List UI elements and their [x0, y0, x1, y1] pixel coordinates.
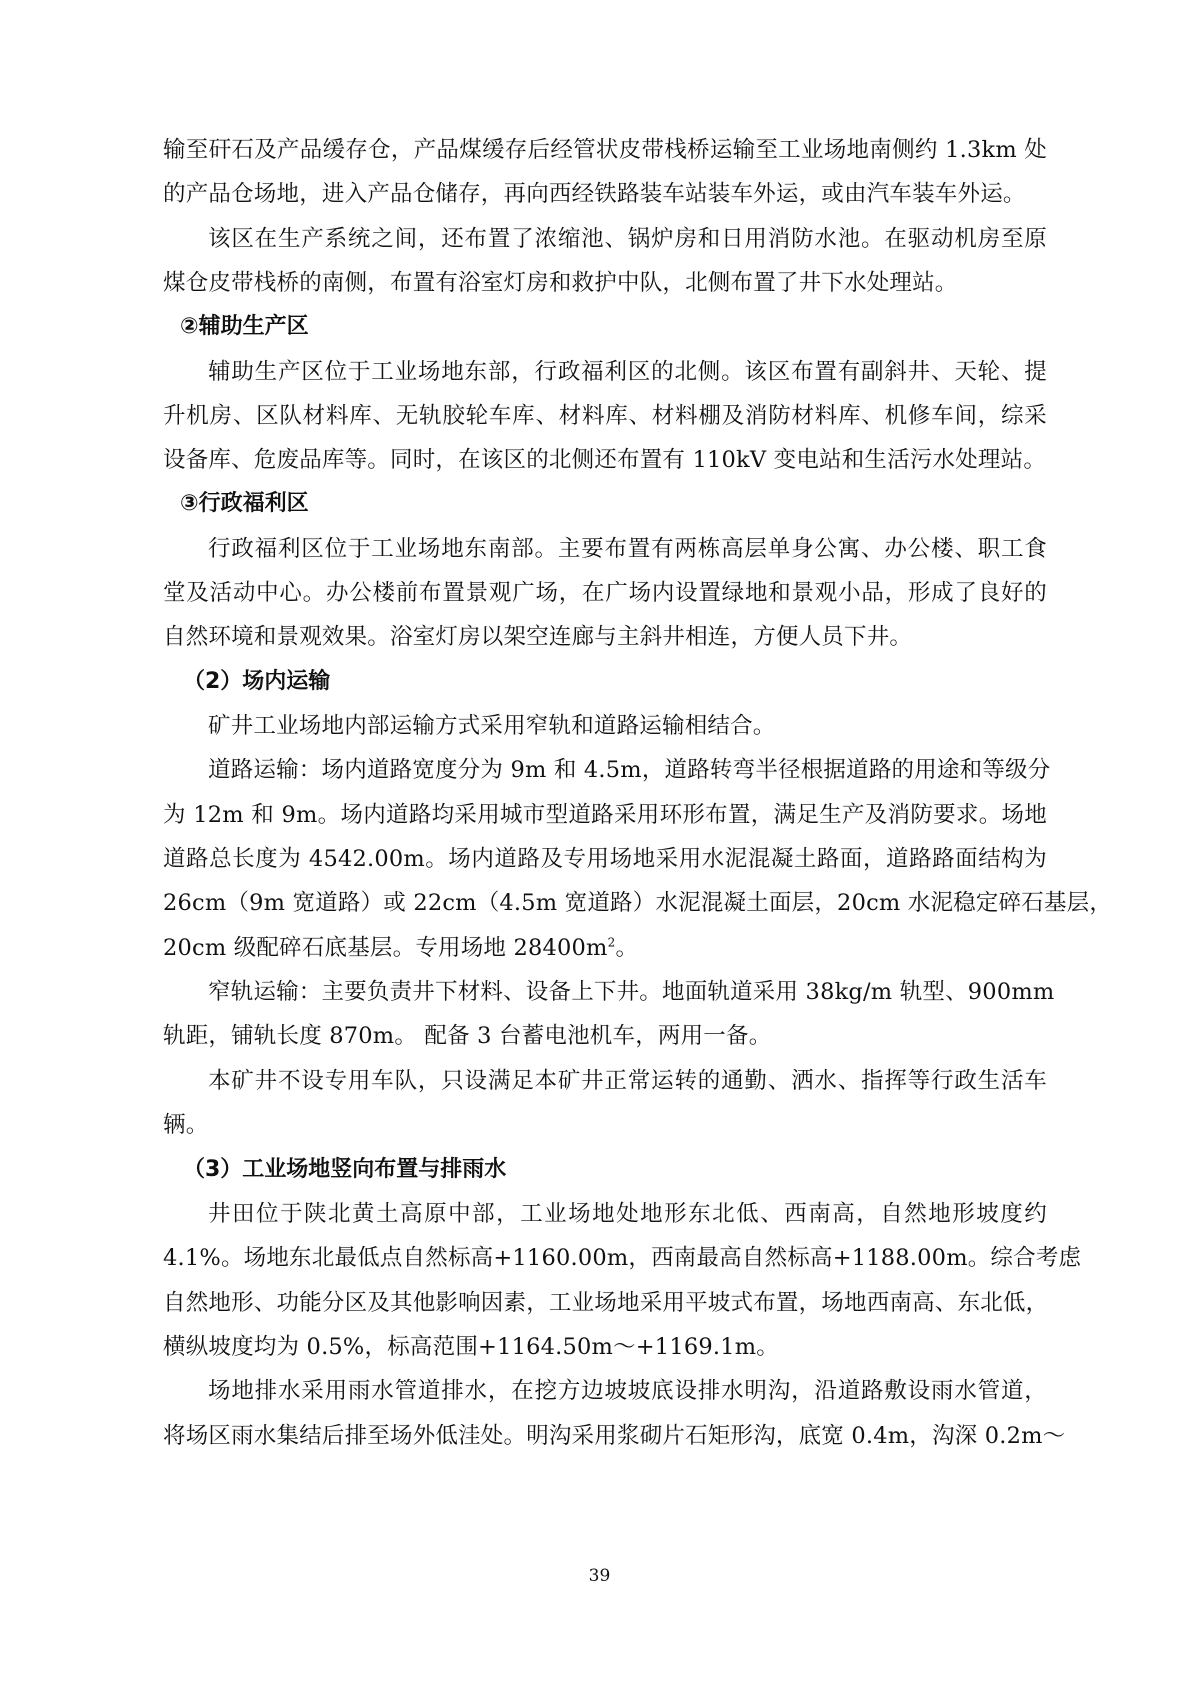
paragraph-line: 场地排水采用雨水管道排水，在挖方边坡坡底设排水明沟，沿道路敷设雨水管道， — [208, 1376, 1047, 1406]
line-tail: 。 — [615, 935, 638, 961]
paragraph-line: 井田位于陕北黄土高原中部，工业场地处地形东北低、西南高，自然地形坡度约 — [208, 1199, 1047, 1229]
paragraph-line: 自然环境和景观效果。浴室灯房以架空连廊与主斜井相连，方便人员下井。 — [163, 622, 1047, 652]
paragraph-line: 的产品仓场地，进入产品仓储存，再向西经铁路装车站装车外运，或由汽车装车外运。 — [163, 179, 1047, 209]
paragraph-line: 该区在生产系统之间，还布置了浓缩池、锅炉房和日用消防水池。在驱动机房至原 — [208, 224, 1047, 254]
line-text: 20cm 级配碎石底基层。专用场地 28400m — [163, 935, 608, 961]
document-page: 输至矸石及产品缓存仓，产品煤缓存后经管状皮带栈桥运输至工业场地南侧约 1.3km… — [0, 0, 1199, 1696]
section-heading-admin-welfare: ③行政福利区 — [180, 489, 309, 519]
paragraph-line: 输至矸石及产品缓存仓，产品煤缓存后经管状皮带栈桥运输至工业场地南侧约 1.3km… — [163, 135, 1047, 165]
paragraph-line: 设备库、危废品库等。同时，在该区的北侧还布置有 110kV 变电站和生活污水处理… — [163, 445, 1047, 475]
page-number: 39 — [0, 1565, 1199, 1587]
paragraph-line: 行政福利区位于工业场地东南部。主要布置有两栋高层单身公寓、办公楼、职工食 — [208, 534, 1047, 564]
paragraph-line: 矿井工业场地内部运输方式采用窄轨和道路运输相结合。 — [208, 711, 1047, 741]
paragraph-line: 辆。 — [163, 1110, 1047, 1140]
paragraph-line: 堂及活动中心。办公楼前布置景观广场，在广场内设置绿地和景观小品，形成了良好的 — [163, 578, 1047, 608]
paragraph-line: 升机房、区队材料库、无轨胶轮车库、材料库、材料棚及消防材料库、机修车间，综采 — [163, 401, 1047, 431]
paragraph-line: 将场区雨水集结后排至场外低洼处。明沟采用浆砌片石矩形沟，底宽 0.4m，沟深 0… — [163, 1421, 1047, 1451]
paragraph-line: 26cm（9m 宽道路）或 22cm（4.5m 宽道路）水泥混凝土面层，20cm… — [163, 888, 1047, 918]
paragraph-line: 辅助生产区位于工业场地东部，行政福利区的北侧。该区布置有副斜井、天轮、提 — [208, 357, 1047, 387]
paragraph-line: 煤仓皮带栈桥的南侧，布置有浴室灯房和救护中队，北侧布置了井下水处理站。 — [163, 268, 1047, 298]
paragraph-line: 本矿井不设专用车队，只设满足本矿井正常运转的通勤、洒水、指挥等行政生活车 — [208, 1066, 1047, 1096]
paragraph-line: 20cm 级配碎石底基层。专用场地 28400m2。 — [163, 933, 1047, 963]
paragraph-line: 4.1%。场地东北最低点自然标高+1160.00m，西南最高自然标高+1188.… — [163, 1243, 1047, 1273]
section-heading-internal-transport: （2）场内运输 — [183, 667, 330, 697]
paragraph-line: 自然地形、功能分区及其他影响因素，工业场地采用平坡式布置，场地西南高、东北低， — [163, 1288, 1047, 1318]
section-heading-auxiliary-production: ②辅助生产区 — [180, 312, 309, 342]
paragraph-line: 窄轨运输：主要负责井下材料、设备上下井。地面轨道采用 38kg/m 轨型、900… — [208, 977, 1047, 1007]
paragraph-line: 道路运输：场内道路宽度分为 9m 和 4.5m，道路转弯半径根据道路的用途和等级… — [208, 755, 1047, 785]
paragraph-line: 轨距，铺轨长度 870m。 配备 3 台蓄电池机车，两用一备。 — [163, 1021, 1047, 1051]
paragraph-line: 道路总长度为 4542.00m。场内道路及专用场地采用水泥混凝土路面，道路路面结… — [163, 844, 1047, 874]
paragraph-line: 为 12m 和 9m。场内道路均采用城市型道路采用环形布置，满足生产及消防要求。… — [163, 800, 1047, 830]
section-heading-vertical-layout-drainage: （3）工业场地竖向布置与排雨水 — [183, 1155, 506, 1185]
paragraph-line: 横纵坡度均为 0.5%，标高范围+1164.50m～+1169.1m。 — [163, 1332, 1047, 1362]
